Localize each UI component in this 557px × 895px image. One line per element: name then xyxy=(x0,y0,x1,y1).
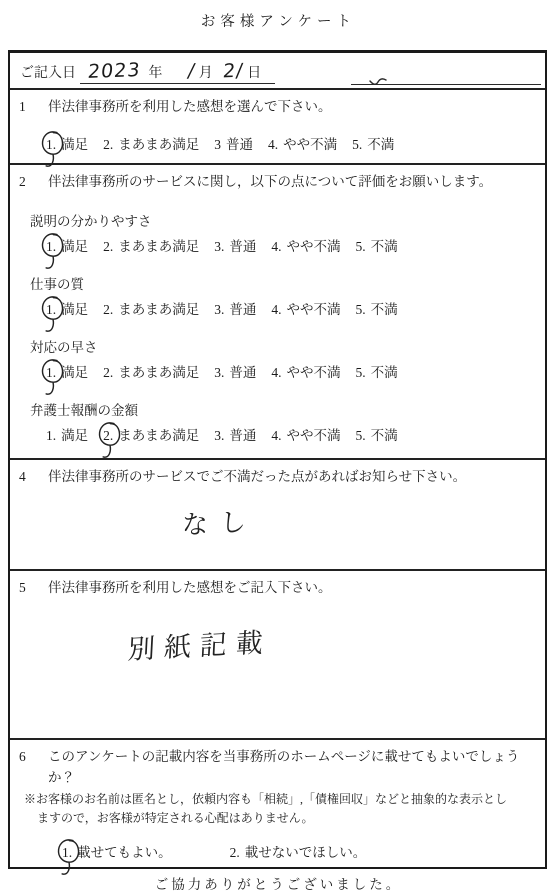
handwritten-year: 2023 xyxy=(87,59,142,83)
section-heading: 5 伴法律事務所を利用した感想をご記入下さい。 xyxy=(10,571,545,598)
rating-option: 4.やや不満 xyxy=(271,361,340,381)
option-number: 2. xyxy=(230,845,240,861)
rating-option: 4.やや不満 xyxy=(271,235,340,255)
rating-option: 2.まあまあ満足 xyxy=(103,235,199,255)
option-number: 4. xyxy=(271,365,281,381)
rating-options-row: 1.満足2.まあまあ満足3.普通4.やや不満5.不満 xyxy=(30,298,545,318)
rating-option-selected: 1.満足 xyxy=(46,133,88,153)
page-title: お客様アンケート xyxy=(0,10,557,31)
section-4: 4 伴法律事務所のサービスでご不満だった点があればお知らせ下さい。 なし xyxy=(10,458,545,569)
section-1: 1 伴法律事務所を利用した感想を選んで下さい。 1.満足2.まあまあ満足3普通4… xyxy=(10,88,545,163)
option-label: やや不満 xyxy=(287,302,341,317)
handwritten-month: / xyxy=(186,60,196,82)
rating-option: 1.満足 xyxy=(46,424,88,444)
section-5: 5 伴法律事務所を利用した感想をご記入下さい。 別紙記載 xyxy=(10,569,545,738)
option-number: 5. xyxy=(356,365,366,381)
option-number: 1. xyxy=(46,137,56,153)
option-label: 普通 xyxy=(226,137,253,152)
option-label: まあまあ満足 xyxy=(118,137,199,152)
date-underline: 2023年/月2/日 xyxy=(80,60,275,84)
option-number: 1. xyxy=(46,365,56,381)
section-heading: 1 伴法律事務所を利用した感想を選んで下さい。 xyxy=(10,90,545,117)
option-label: やや不満 xyxy=(287,239,341,254)
section-number: 2 xyxy=(19,171,48,192)
option-label: 普通 xyxy=(229,365,256,380)
section-number: 6 xyxy=(19,746,48,788)
date-label: ご記入日 xyxy=(20,66,76,81)
section-title: 伴法律事務所を利用した感想を選んで下さい。 xyxy=(48,96,535,117)
rating-item-shigoto: 仕事の質 1.満足2.まあまあ満足3.普通4.やや不満5.不満 xyxy=(10,276,545,318)
rating-option: 4.やや不満 xyxy=(271,298,340,318)
date-row-line xyxy=(351,76,541,85)
q6-note: ※お客様のお名前は匿名とし，依頼内容も「相続」,「債権回収」などと抽象的な表示と… xyxy=(10,788,545,828)
rating-options-row: 1.満足2.まあまあ満足3.普通4.やや不満5.不満 xyxy=(30,235,545,255)
q4-handwritten-answer: なし xyxy=(182,501,259,542)
rating-option: 3普通 xyxy=(214,133,253,153)
option-number: 5. xyxy=(356,428,366,444)
option-number: 3. xyxy=(214,365,224,381)
option-number: 1. xyxy=(46,302,56,318)
rating-item-houshuu: 弁護士報酬の金額 1.満足2.まあまあ満足3.普通4.やや不満5.不満 xyxy=(10,402,545,444)
rating-option: 5.不満 xyxy=(356,424,398,444)
option-label: やや不満 xyxy=(287,365,341,380)
rating-option: 2.まあまあ満足 xyxy=(103,298,199,318)
rating-option: 5.不満 xyxy=(356,298,398,318)
rating-option-selected: 1.満足 xyxy=(46,361,88,381)
rating-option: 3.普通 xyxy=(214,298,256,318)
option-label: 普通 xyxy=(229,239,256,254)
option-number: 5. xyxy=(356,302,366,318)
date-day-unit: 日 xyxy=(247,66,261,81)
option-label: まあまあ満足 xyxy=(118,239,199,254)
option-number: 5. xyxy=(356,239,366,255)
option-label: 載せないでほしい。 xyxy=(245,845,367,860)
option-label: 載せてもよい。 xyxy=(77,845,172,860)
rating-option-selected: 1.満足 xyxy=(46,235,88,255)
option-label: 満足 xyxy=(61,428,88,443)
footer-note: ご協力ありがとうございました。 xyxy=(0,873,557,893)
rating-option: 4.やや不満 xyxy=(268,133,337,153)
option-label: 満足 xyxy=(61,239,88,254)
q6-note-line: ますので，お客様が特定される心配はありません。 xyxy=(24,809,537,828)
option-number: 4. xyxy=(271,239,281,255)
option-label: 普通 xyxy=(229,428,256,443)
rating-item-label: 説明の分かりやすさ xyxy=(30,213,545,231)
rating-option-selected: 2.まあまあ満足 xyxy=(103,424,199,444)
option-number: 1. xyxy=(46,428,56,444)
option-label: 満足 xyxy=(61,137,88,152)
q6-note-line: ※お客様のお名前は匿名とし，依頼内容も「相続」,「債権回収」などと抽象的な表示と… xyxy=(24,790,537,809)
option-label: 不満 xyxy=(371,302,398,317)
rating-options-row: 1.満足2.まあまあ満足3.普通4.やや不満5.不満 xyxy=(30,424,545,444)
option-number: 1. xyxy=(62,845,72,861)
section-title: 伴法律事務所のサービスでご不満だった点があればお知らせ下さい。 xyxy=(48,466,535,487)
rating-option: 2.まあまあ満足 xyxy=(103,133,199,153)
option-label: 不満 xyxy=(371,428,398,443)
option-number: 4. xyxy=(271,302,281,318)
option-number: 5. xyxy=(352,137,362,153)
option-label: 満足 xyxy=(61,302,88,317)
option-label: 満足 xyxy=(61,365,88,380)
date-row: ご記入日2023年/月2/日 xyxy=(10,53,545,88)
section-heading: 4 伴法律事務所のサービスでご不満だった点があればお知らせ下さい。 xyxy=(10,460,545,487)
section-title: このアンケートの記載内容を当事務所のホームページに載せてもよいでしょうか？ xyxy=(48,746,535,788)
option-number: 1. xyxy=(46,239,56,255)
rating-option: 2.載せないでほしい。 xyxy=(230,841,367,861)
option-number: 2. xyxy=(103,137,113,153)
survey-form: ご記入日2023年/月2/日 1 伴法律事務所を利用した感想を選んで下さい。 1… xyxy=(8,50,547,869)
rating-option-selected: 1.満足 xyxy=(46,298,88,318)
section-heading: 6 このアンケートの記載内容を当事務所のホームページに載せてもよいでしょうか？ xyxy=(10,740,545,788)
option-label: まあまあ満足 xyxy=(118,365,199,380)
option-number: 3. xyxy=(214,302,224,318)
section-number: 4 xyxy=(19,466,48,487)
option-number: 2. xyxy=(103,365,113,381)
option-number: 2. xyxy=(103,428,113,444)
rating-option: 4.やや不満 xyxy=(271,424,340,444)
date-year-unit: 年 xyxy=(148,66,162,81)
section-number: 5 xyxy=(19,577,48,598)
rating-item-taiou: 対応の早さ 1.満足2.まあまあ満足3.普通4.やや不満5.不満 xyxy=(10,339,545,381)
rating-options-row: 1.満足2.まあまあ満足3普通4.やや不満5.不満 xyxy=(10,133,545,153)
rating-option: 5.不満 xyxy=(352,133,394,153)
rating-item-label: 対応の早さ xyxy=(30,339,545,357)
section-6: 6 このアンケートの記載内容を当事務所のホームページに載せてもよいでしょうか？ … xyxy=(10,738,545,867)
option-number: 4. xyxy=(268,137,278,153)
option-label: 不満 xyxy=(371,365,398,380)
rating-option: 3.普通 xyxy=(214,361,256,381)
rating-options-row: 1.載せてもよい。2.載せないでほしい。 xyxy=(10,841,545,861)
date-month-unit: 月 xyxy=(199,66,213,81)
option-label: 不満 xyxy=(371,239,398,254)
rating-options-row: 1.満足2.まあまあ満足3.普通4.やや不満5.不満 xyxy=(30,361,545,381)
option-number: 3 xyxy=(214,137,221,153)
rating-option-selected: 1.載せてもよい。 xyxy=(62,841,172,861)
rating-item-label: 弁護士報酬の金額 xyxy=(30,402,545,420)
rating-item-label: 仕事の質 xyxy=(30,276,545,294)
rating-item-setsumei: 説明の分かりやすさ 1.満足2.まあまあ満足3.普通4.やや不満5.不満 xyxy=(10,213,545,255)
option-number: 3. xyxy=(214,239,224,255)
section-heading: 2 伴法律事務所のサービスに関し，以下の点について評価をお願いします。 xyxy=(10,165,545,192)
option-label: 不満 xyxy=(367,137,394,152)
option-number: 4. xyxy=(271,428,281,444)
section-number: 1 xyxy=(19,96,48,117)
section-2: 2 伴法律事務所のサービスに関し，以下の点について評価をお願いします。 説明の分… xyxy=(10,163,545,458)
handwritten-day: 2/ xyxy=(222,60,245,83)
rating-option: 5.不満 xyxy=(356,235,398,255)
section-title: 伴法律事務所を利用した感想をご記入下さい。 xyxy=(48,577,535,598)
option-label: やや不満 xyxy=(287,428,341,443)
rating-option: 3.普通 xyxy=(214,424,256,444)
option-number: 2. xyxy=(103,302,113,318)
option-label: まあまあ満足 xyxy=(118,302,199,317)
option-number: 2. xyxy=(103,239,113,255)
rating-option: 5.不満 xyxy=(356,361,398,381)
option-label: まあまあ満足 xyxy=(118,428,199,443)
rating-option: 3.普通 xyxy=(214,235,256,255)
q5-handwritten-answer: 別紙記載 xyxy=(127,620,273,667)
option-label: 普通 xyxy=(229,302,256,317)
rating-option: 2.まあまあ満足 xyxy=(103,361,199,381)
section-title: 伴法律事務所のサービスに関し，以下の点について評価をお願いします。 xyxy=(48,171,535,192)
option-label: やや不満 xyxy=(283,137,337,152)
option-number: 3. xyxy=(214,428,224,444)
